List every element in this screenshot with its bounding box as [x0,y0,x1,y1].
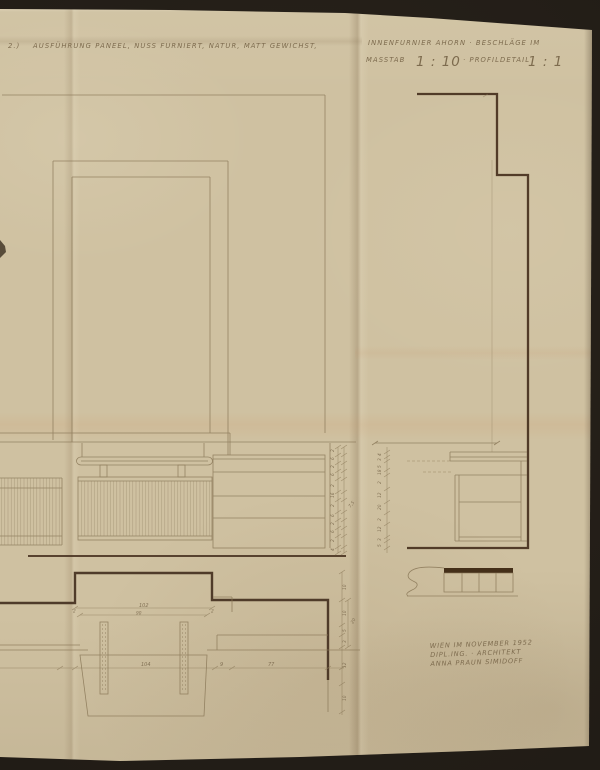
svg-text:10: 10 [342,584,348,590]
svg-text:2: 2 [377,518,383,521]
shelf-bracket-left [100,465,107,477]
paper-edge-nick [0,240,6,258]
title-block-credit: WIEN IM NOVEMBER 1952 DIPL.ING. · ARCHIT… [429,638,534,668]
pull-handle-curve [407,567,444,596]
dimension-note: 7,5 [347,500,356,509]
svg-text:2: 2 [330,539,336,542]
elevation-dimension-labels: 2 6 2 6 2 16 2 6 2 6 2 4 7,5 [330,449,356,551]
svg-text:2: 2 [330,465,336,468]
section-dimension-chain [384,447,390,553]
svg-text:12: 12 [377,492,383,498]
svg-text:3: 3 [342,640,348,643]
cabinet-elevation-band [0,433,330,548]
panel-elevation [0,95,356,455]
svg-text:5: 5 [377,465,383,468]
svg-text:6: 6 [330,457,336,460]
scale-value: 1 : 10 [416,54,461,70]
svg-text:12: 12 [377,526,383,532]
cabinet-cross-section [372,441,527,541]
svg-text:4: 4 [377,453,383,456]
svg-text:104: 104 [141,662,151,668]
shelf-slab [77,457,213,465]
wall-profile-detail [407,94,528,548]
svg-text:4: 4 [330,548,336,551]
svg-text:5: 5 [377,544,383,547]
profile-detail-label: · PROFILDETAIL [463,56,530,64]
slatted-front-center-hatch [79,481,211,536]
svg-text:2: 2 [330,504,336,507]
svg-text:2: 2 [73,609,76,615]
drawer-plan-detail: 2 102 90 2 104 9 77 10 10 5 3 12 10 20 [0,570,360,716]
svg-text:2: 2 [330,522,336,525]
shelf-bracket-right [178,465,185,477]
drawing-content: 2.) AUSFÜHRUNG PANEEL, NUSS FURNIERT, NA… [0,0,600,770]
profile-scale-value: 1 : 1 [528,54,563,70]
svg-text:16: 16 [330,492,336,498]
veneer-strip [444,568,513,573]
svg-text:5: 5 [342,629,348,632]
svg-text:10: 10 [342,610,348,616]
drawer-runner-left [100,622,108,694]
svg-text:20: 20 [377,504,383,510]
title-line2: INNENFURNIER AHORN · BESCHLÄGE IM [368,38,540,47]
slatted-front-left-hatch [0,478,62,545]
photographed-architectural-drawing: { "artwork": { "header": { "item_number"… [0,0,600,770]
title-line1: AUSFÜHRUNG PANEEL, NUSS FURNIERT, NATUR,… [32,41,318,50]
svg-text:2: 2 [330,484,336,487]
svg-text:77: 77 [268,662,275,668]
svg-text:10: 10 [342,695,348,701]
svg-text:2: 2 [211,609,214,615]
section-dimension-labels: 4 3 5 18 2 12 20 2 12 3 5 [377,453,383,547]
svg-text:3: 3 [377,538,383,541]
plan-dimension-labels: 2 102 90 2 104 9 77 10 10 5 3 12 10 20 [73,584,358,701]
svg-text:3: 3 [377,458,383,461]
drawing-sheet: 2.) AUSFÜHRUNG PANEEL, NUSS FURNIERT, NA… [0,0,600,770]
svg-text:12: 12 [342,662,348,668]
svg-text:6: 6 [330,473,336,476]
scale-label: MASSTAB [366,56,405,64]
plan-width-chain [0,606,345,670]
item-number: 2.) [8,42,20,50]
svg-text:2: 2 [377,481,383,484]
svg-text:90: 90 [136,611,142,617]
shelf-compartment-right [213,455,325,548]
svg-text:2: 2 [330,449,336,452]
drawer-runner-right [180,622,188,694]
svg-text:20: 20 [350,617,358,625]
svg-text:6: 6 [330,530,336,533]
svg-text:102: 102 [139,603,149,609]
svg-text:6: 6 [330,514,336,517]
svg-text:18: 18 [377,469,383,475]
title-block-top: 2.) AUSFÜHRUNG PANEEL, NUSS FURNIERT, NA… [8,38,563,70]
shelf-profile-detail [407,567,518,596]
svg-text:9: 9 [220,662,223,668]
elevation-dimension-chain [335,445,347,555]
